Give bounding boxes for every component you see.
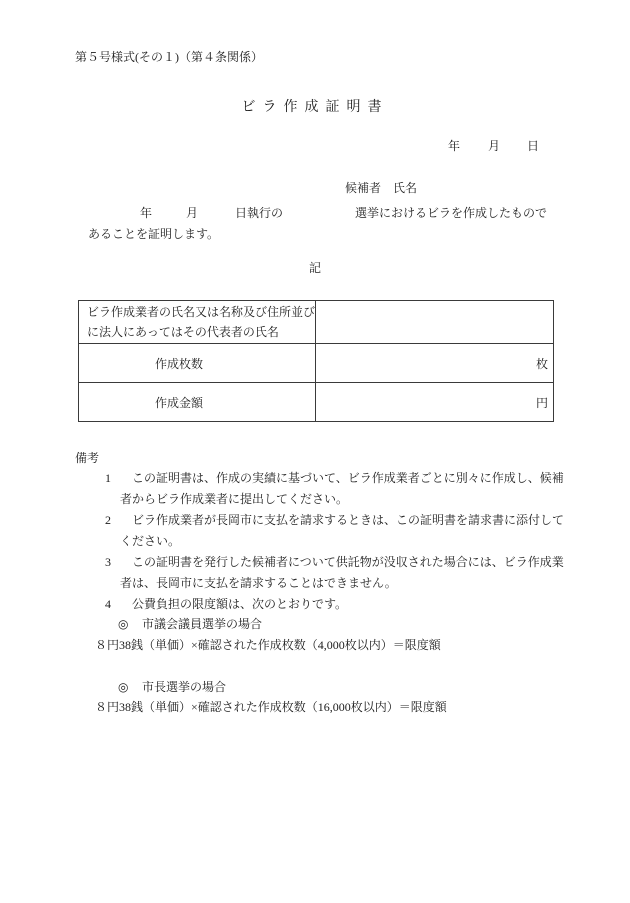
- record-heading: 記: [0, 261, 630, 275]
- amount-label: 作成金額: [79, 383, 315, 421]
- business-name-value-cell: [315, 301, 553, 343]
- form-number: 第５号様式(その１)（第４条関係）: [75, 50, 263, 64]
- council-bullet-icon: ◎: [118, 617, 128, 631]
- table-row-amount: 作成金額 円: [79, 382, 553, 421]
- note-3-line2: 者は、長岡市に支払を請求することはできません。: [120, 576, 397, 590]
- document-title: ビラ作成証明書: [0, 100, 630, 117]
- note-1-line2: 者からビラ作成業者に提出してください。: [120, 492, 348, 506]
- note-2-line1: ビラ作成業者が長岡市に支払を請求するときは、この証明書を請求書に添付して: [132, 513, 564, 527]
- statement-day-exec-label: 日執行の: [235, 206, 283, 220]
- note-2-number: 2: [105, 513, 111, 527]
- amount-value-cell: 円: [315, 383, 553, 421]
- date-month-label: 月: [488, 139, 500, 153]
- date-day-label: 日: [527, 139, 539, 153]
- business-name-label-line2: に法人にあってはその代表者の氏名: [87, 322, 309, 342]
- candidate-name-label: 候補者 氏名: [345, 181, 417, 195]
- statement-month-label: 月: [186, 206, 198, 220]
- council-case-label: 市議会議員選挙の場合: [142, 617, 262, 631]
- copies-label: 作成枚数: [79, 344, 315, 382]
- note-2-line2: ください。: [120, 534, 180, 548]
- certificate-table: ビラ作成業者の氏名又は名称及び住所並び に法人にあってはその代表者の氏名 作成枚…: [78, 300, 554, 422]
- note-3-line1: この証明書を発行した候補者について供託物が没収された場合には、ビラ作成業: [132, 555, 564, 569]
- document-page: 第５号様式(その１)（第４条関係） ビラ作成証明書 年 月 日 候補者 氏名 年…: [0, 0, 630, 903]
- business-name-label-line1: ビラ作成業者の氏名又は名称及び住所並び: [87, 302, 309, 322]
- table-row-business-name: ビラ作成業者の氏名又は名称及び住所並び に法人にあってはその代表者の氏名: [79, 301, 553, 343]
- note-4-line1: 公費負担の限度額は、次のとおりです。: [132, 597, 347, 611]
- date-year-label: 年: [448, 139, 460, 153]
- table-row-copies: 作成枚数 枚: [79, 343, 553, 382]
- business-name-label: ビラ作成業者の氏名又は名称及び住所並び に法人にあってはその代表者の氏名: [79, 301, 315, 343]
- statement-year-label: 年: [140, 206, 152, 220]
- statement-line2: あることを証明します。: [88, 227, 219, 241]
- mayor-bullet-icon: ◎: [118, 680, 128, 694]
- amount-unit-label: 円: [536, 394, 548, 411]
- note-1-number: 1: [105, 471, 111, 485]
- statement-election-phrase: 選挙におけるビラを作成したもので: [355, 206, 547, 220]
- note-3-number: 3: [105, 555, 111, 569]
- council-limit-formula: ８円38銭（単価）×確認された作成枚数（4,000枚以内）＝限度額: [95, 638, 441, 652]
- copies-unit-label: 枚: [536, 355, 548, 372]
- note-4-number: 4: [105, 597, 111, 611]
- copies-value-cell: 枚: [315, 344, 553, 382]
- note-1-line1: この証明書は、作成の実績に基づいて、ビラ作成業者ごとに別々に作成し、候補: [132, 471, 564, 485]
- mayor-case-label: 市長選挙の場合: [142, 680, 226, 694]
- mayor-limit-formula: ８円38銭（単価）×確認された作成枚数（16,000枚以内）＝限度額: [95, 700, 447, 714]
- notes-heading: 備考: [75, 451, 99, 465]
